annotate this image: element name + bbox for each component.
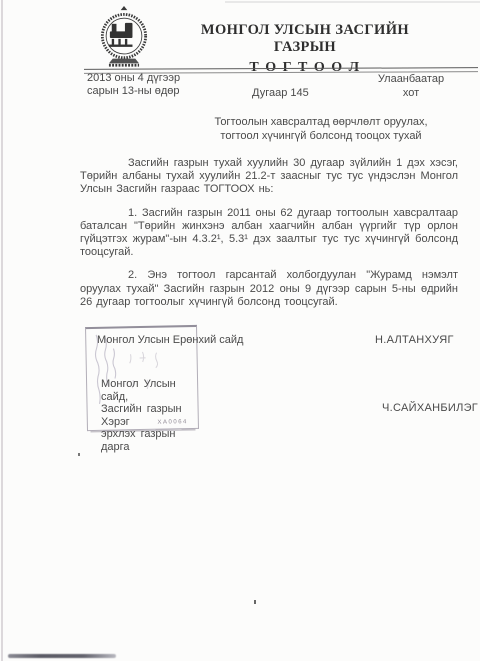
signature-name-pm: Н.АЛТАНХУЯГ bbox=[375, 334, 454, 347]
document-city: Улаанбаатар хот bbox=[372, 73, 450, 100]
city-line1: Улаанбаатар bbox=[372, 73, 450, 87]
signature-title-minister: Монгол Улсын сайд, Засгийн газрын Хэрэг … bbox=[101, 378, 201, 453]
document-date: 2013 оны 4 дүгээр сарын 13-ны өдөр bbox=[87, 72, 180, 98]
minister-title-line2: Засгийн газрын Хэрэг bbox=[101, 403, 201, 428]
document-subject: Тогтоолын хавсралтад өөрчлөлт оруулах, т… bbox=[210, 116, 432, 143]
scan-bottom-shadow bbox=[8, 654, 116, 658]
minister-title-line1: Монгол Улсын сайд, bbox=[101, 378, 201, 403]
scanned-resolution-document: МОНГОЛ УЛСЫН ЗАСГИЙН ГАЗРЫН Т О Г Т О О … bbox=[0, 0, 480, 661]
resolution-item-2: 2. Энэ тогтоол гарсантай холбогдуулан "Ж… bbox=[80, 269, 458, 309]
document-body: Засгийн газрын тухай хуулийн 30 дугаар з… bbox=[80, 157, 458, 319]
signature-title-pm: Монгол Улсын Ерөнхий сайд bbox=[97, 334, 243, 347]
date-line1: 2013 оны 4 дүгээр bbox=[87, 72, 180, 85]
scan-speck bbox=[78, 453, 80, 456]
org-name: МОНГОЛ УЛСЫН ЗАСГИЙН ГАЗРЫН bbox=[168, 22, 442, 56]
scan-speck bbox=[254, 600, 256, 604]
preamble-paragraph: Засгийн газрын тухай хуулийн 30 дугаар з… bbox=[80, 157, 458, 197]
subject-line1: Тогтоолын хавсралтад өөрчлөлт оруулах, bbox=[210, 116, 432, 130]
scan-top-edge bbox=[225, 1, 480, 3]
subject-line2: тогтоол хүчингүй болсонд тооцох тухай bbox=[210, 130, 432, 144]
signature-name-minister: Ч.САЙХАНБИЛЭГ bbox=[382, 402, 478, 415]
mongolia-state-emblem-icon bbox=[97, 5, 151, 69]
scan-left-edge bbox=[1, 0, 3, 661]
resolution-item-1: 1. Засгийн газрын 2011 оны 62 дугаар тог… bbox=[80, 207, 458, 260]
document-number: Дугаар 145 bbox=[252, 87, 309, 99]
city-line2: хот bbox=[372, 87, 450, 101]
date-line2: сарын 13-ны өдөр bbox=[87, 85, 180, 98]
minister-title-line3: эрхлэх газрын дарга bbox=[101, 428, 201, 453]
